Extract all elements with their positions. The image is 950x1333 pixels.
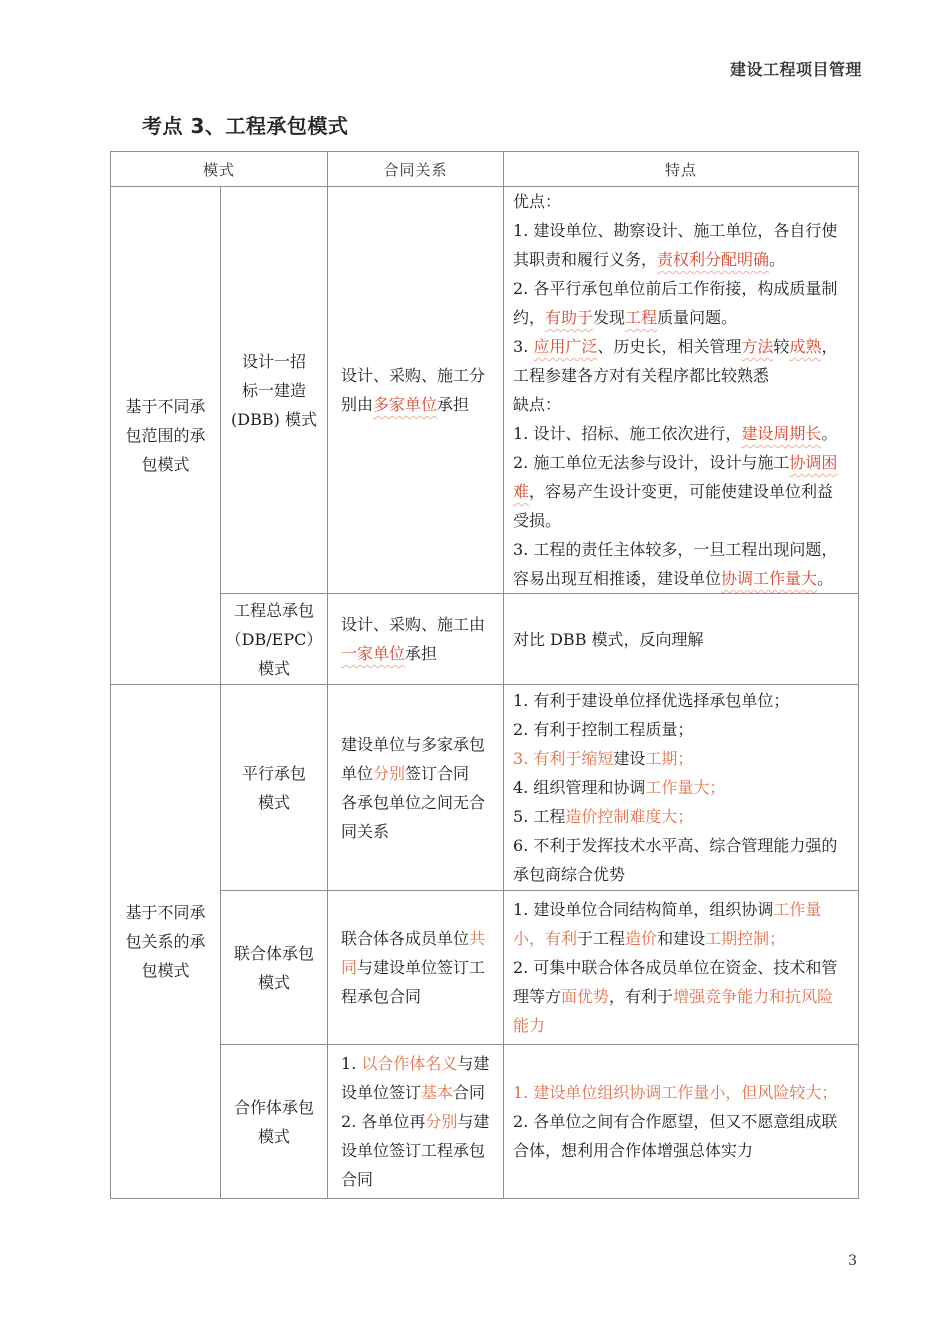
text-run: 承担 — [405, 644, 437, 663]
page-header: 建设工程项目管理 — [730, 57, 862, 80]
table-row-dbb: 基于不同承 包范围的承 包模式 设计一招 标一建造 (DBB) 模式 设计、采购… — [111, 187, 859, 594]
features-cell-cooperative: 1. 建设单位组织协调工作量小，但风险较大；2. 各单位之间有合作愿望，但又不愿… — [504, 1045, 859, 1199]
paragraph: 1. 设计、招标、施工依次进行，建设周期长。 — [513, 419, 842, 448]
features-cell-epc: 对比 DBB 模式，反向理解 — [504, 594, 859, 685]
group-cell-relation: 基于不同承 包关系的承 包模式 — [111, 685, 221, 1199]
text-run: 缺点： — [513, 395, 561, 414]
highlight-text: 分别 — [373, 764, 405, 783]
contracting-modes-table: 模式 合同关系 特点 基于不同承 包范围的承 包模式 设计一招 标一建造 (DB… — [110, 151, 859, 1199]
contract-cell-dbb: 设计、采购、施工分别由多家单位承担 — [328, 187, 504, 594]
page-number: 3 — [848, 1253, 857, 1269]
highlight-text: 建设周期长 — [741, 424, 821, 443]
text-run: 1. 设计、招标、施工依次进行， — [513, 424, 741, 443]
paragraph: 2. 各平行承包单位前后工作衔接，构成质量制约，有助于发现工程质量问题。 — [513, 274, 842, 332]
text-run: 6. 不利于发挥技术水平高、综合管理能力强的承包商综合优势 — [513, 836, 837, 884]
header-cell-contract: 合同关系 — [328, 152, 504, 187]
paragraph: 2. 有利于控制工程质量； — [513, 715, 842, 744]
text-run: 与建设单位签订工程承包合同 — [341, 958, 485, 1006]
highlight-text: 多家单位 — [373, 395, 437, 414]
table-row-parallel: 基于不同承 包关系的承 包模式 平行承包 模式 建设单位与多家承包单位分别签订合… — [111, 685, 859, 891]
highlight-text: 1. 建设单位组织协调工作量小，但风险较大； — [513, 1083, 837, 1102]
text-run: 发现 — [593, 308, 625, 327]
text-run: ，容易产生设计变更，可能使建设单位利益受损。 — [513, 482, 833, 530]
paragraph: 5. 工程造价控制难度大； — [513, 802, 842, 831]
paragraph: 对比 DBB 模式，反向理解 — [513, 625, 842, 654]
paragraph: 1. 建设单位组织协调工作量小，但风险较大； — [513, 1078, 842, 1107]
text-run: 4. 组织管理和协调 — [513, 778, 645, 797]
text-run: 1. 有利于建设单位择优选择承包单位； — [513, 691, 789, 710]
text-run: 建设 — [613, 749, 645, 768]
paragraph: 2. 施工单位无法参与设计，设计与施工协调困难，容易产生设计变更，可能使建设单位… — [513, 448, 842, 535]
text-run: 。 — [769, 250, 785, 269]
text-run: 5. 工程 — [513, 807, 565, 826]
highlight-text: 责权利分配明确 — [657, 250, 769, 269]
paragraph: 1. 建设单位合同结构简单，组织协调工作量小，有利于工程造价和建设工期控制； — [513, 895, 842, 953]
document-page: 建设工程项目管理 考点 3、工程承包模式 模式 合同关系 特点 基于不同承 包范… — [0, 0, 950, 1333]
paragraph: 6. 不利于发挥技术水平高、综合管理能力强的承包商综合优势 — [513, 831, 842, 889]
highlight-text: 工作量大； — [645, 778, 725, 797]
paragraph: 1. 以合作体名义与建设单位签订基本合同 — [341, 1049, 490, 1107]
text-run: 3. — [513, 337, 533, 356]
paragraph: 设计、采购、施工分别由多家单位承担 — [341, 361, 490, 419]
group-cell-scope: 基于不同承 包范围的承 包模式 — [111, 187, 221, 685]
highlight-text: 成熟 — [789, 337, 821, 356]
paragraph: 1. 建设单位、勘察设计、施工单位，各自行使其职责和履行义务，责权利分配明确。 — [513, 216, 842, 274]
paragraph: 1. 有利于建设单位择优选择承包单位； — [513, 686, 842, 715]
text-run: 签订合同 — [405, 764, 469, 783]
highlight-text: 造价 — [625, 929, 657, 948]
table-row-consortium: 联合体承包 模式 联合体各成员单位共同与建设单位签订工程承包合同 1. 建设单位… — [111, 891, 859, 1045]
table-row-cooperative: 合作体承包 模式 1. 以合作体名义与建设单位签订基本合同2. 各单位再分别与建… — [111, 1045, 859, 1199]
highlight-text: 造价控制难度大； — [565, 807, 693, 826]
highlight-text: 一家单位 — [341, 644, 405, 663]
text-run: 各承包单位之间无合同关系 — [341, 793, 485, 841]
paragraph: 4. 组织管理和协调工作量大； — [513, 773, 842, 802]
text-run: 和建设 — [657, 929, 705, 948]
text-run: 1. 建设单位合同结构简单，组织协调 — [513, 900, 773, 919]
text-run: 2. 各单位之间有合作愿望，但又不愿意组成联合体，想利用合作体增强总体实力 — [513, 1112, 837, 1160]
features-cell-consortium: 1. 建设单位合同结构简单，组织协调工作量小，有利于工程造价和建设工期控制；2.… — [504, 891, 859, 1045]
mode-cell-epc: 工程总承包 （DB/EPC） 模式 — [221, 594, 328, 685]
text-run: 。 — [817, 569, 833, 588]
highlight-text: 有助于 — [545, 308, 593, 327]
paragraph: 2. 可集中联合体各成员单位在资金、技术和管理等方面优势，有利于增强竞争能力和抗… — [513, 953, 842, 1040]
text-run: 质量问题。 — [657, 308, 737, 327]
text-run: 2. 有利于控制工程质量； — [513, 720, 693, 739]
paragraph: 3. 工程的责任主体较多，一旦工程出现问题，容易出现互相推诿，建设单位协调工作量… — [513, 535, 842, 593]
paragraph: 2. 各单位再分别与建设单位签订工程承包合同 — [341, 1107, 490, 1194]
highlight-text: 3. 有利于缩短 — [513, 749, 613, 768]
paragraph: 建设单位与多家承包单位分别签订合同 — [341, 730, 490, 788]
paragraph: 设计、采购、施工由一家单位承担 — [341, 610, 490, 668]
mode-cell-parallel: 平行承包 模式 — [221, 685, 328, 891]
highlight-text: 工期； — [645, 749, 693, 768]
mode-cell-dbb: 设计一招 标一建造 (DBB) 模式 — [221, 187, 328, 594]
highlight-text: 以合作体名义 — [361, 1054, 457, 1073]
highlight-text: 工程 — [625, 308, 657, 327]
mode-cell-consortium: 联合体承包 模式 — [221, 891, 328, 1045]
text-run: ，有利于 — [609, 987, 673, 1006]
text-run: 于工程 — [577, 929, 625, 948]
page-title: 考点 3、工程承包模式 — [142, 110, 348, 139]
text-run: 2. 施工单位无法参与设计，设计与施工 — [513, 453, 789, 472]
highlight-text: 协调工作量大 — [721, 569, 817, 588]
text-run: 较 — [773, 337, 789, 356]
contract-cell-consortium: 联合体各成员单位共同与建设单位签订工程承包合同 — [328, 891, 504, 1045]
contract-cell-cooperative: 1. 以合作体名义与建设单位签订基本合同2. 各单位再分别与建设单位签订工程承包… — [328, 1045, 504, 1199]
mode-cell-cooperative: 合作体承包 模式 — [221, 1045, 328, 1199]
highlight-text: 基本 — [421, 1083, 453, 1102]
paragraph: 3. 有利于缩短建设工期； — [513, 744, 842, 773]
text-run: 。 — [821, 424, 837, 443]
paragraph: 优点： — [513, 187, 842, 216]
paragraph: 各承包单位之间无合同关系 — [341, 788, 490, 846]
text-run: 、历史长，相关管理 — [597, 337, 741, 356]
features-cell-dbb: 优点：1. 建设单位、勘察设计、施工单位，各自行使其职责和履行义务，责权利分配明… — [504, 187, 859, 594]
highlight-text: 分别 — [425, 1112, 457, 1131]
header-cell-features: 特点 — [504, 152, 859, 187]
highlight-text: 工期控制； — [705, 929, 785, 948]
paragraph: 2. 各单位之间有合作愿望，但又不愿意组成联合体，想利用合作体增强总体实力 — [513, 1107, 842, 1165]
paragraph: 3. 应用广泛、历史长，相关管理方法较成熟，工程参建各方对有关程序都比较熟悉 — [513, 332, 842, 390]
table-header-row: 模式 合同关系 特点 — [111, 152, 859, 187]
paragraph: 缺点： — [513, 390, 842, 419]
text-run: 1. — [341, 1054, 361, 1073]
features-cell-parallel: 1. 有利于建设单位择优选择承包单位；2. 有利于控制工程质量；3. 有利于缩短… — [504, 685, 859, 891]
highlight-text: 应用广泛 — [533, 337, 597, 356]
contract-cell-parallel: 建设单位与多家承包单位分别签订合同各承包单位之间无合同关系 — [328, 685, 504, 891]
table-row-epc: 工程总承包 （DB/EPC） 模式 设计、采购、施工由一家单位承担 对比 DBB… — [111, 594, 859, 685]
text-run: 承担 — [437, 395, 469, 414]
contract-cell-epc: 设计、采购、施工由一家单位承担 — [328, 594, 504, 685]
text-run: 2. 各单位再 — [341, 1112, 425, 1131]
paragraph: 联合体各成员单位共同与建设单位签订工程承包合同 — [341, 924, 490, 1011]
highlight-text: 面优势 — [561, 987, 609, 1006]
highlight-text: 方法 — [741, 337, 773, 356]
text-run: 优点： — [513, 192, 561, 211]
text-run: 合同 — [453, 1083, 485, 1102]
text-run: 联合体各成员单位 — [341, 929, 469, 948]
header-cell-mode: 模式 — [111, 152, 328, 187]
text-run: 设计、采购、施工由 — [341, 615, 485, 634]
text-run: 对比 DBB 模式，反向理解 — [513, 630, 704, 649]
